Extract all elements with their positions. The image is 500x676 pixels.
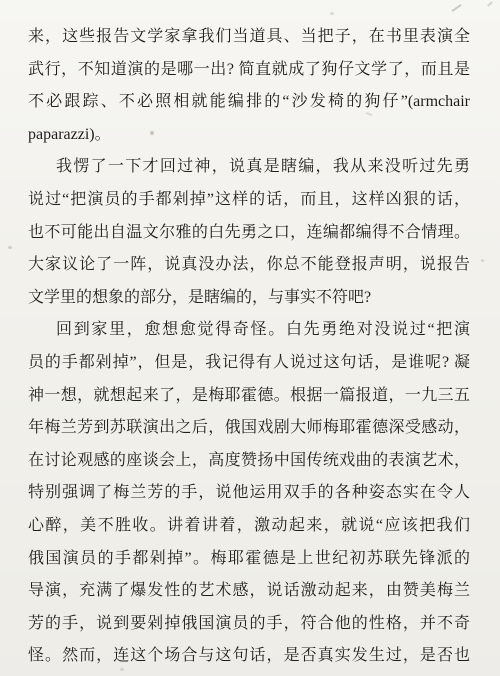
text-line: 武行，不知道演的是哪一出? 简直就成了狗仔文学了，而且是	[28, 54, 470, 87]
text-line: 不必跟踪、不必照相就能编排的“沙发椅的狗仔”(armchair	[28, 86, 470, 119]
text-line: 特别强调了梅兰芳的手，说他运用双手的各种姿态实在令人	[28, 477, 470, 510]
text-line: 员的手都剁掉”，但是，我记得有人说过这句话，是谁呢? 凝	[28, 347, 470, 380]
scan-speck	[481, 259, 484, 262]
text-line: 芳的手，说到要剁掉俄国演员的手，符合他的性格，并不奇	[28, 608, 470, 641]
text-line: 心醉，美不胜收。讲着讲着，激动起来，就说“应该把我们	[28, 510, 470, 543]
text-line: 文学里的想象的部分，是瞎编的，与事实不符吧?	[28, 282, 470, 315]
text-line: 俄国演员的手都剁掉”。梅耶霍德是上世纪初苏联先锋派的	[28, 543, 470, 576]
text-line: 也不可能出自温文尔雅的白先勇之口，连编都编得不合情理。	[28, 217, 470, 250]
text-line: 在讨论观感的座谈会上，高度赞扬中国传统戏曲的表演艺术，	[28, 445, 470, 478]
text-line: 大家议论了一阵，说真没办法，你总不能登报声明，说报告	[28, 249, 470, 282]
text-line: 说过“把演员的手都剁掉”这样的话，而且，这样凶狠的话，	[28, 184, 470, 217]
text-line: paparazzi)。	[28, 119, 470, 152]
scan-speck	[451, 4, 461, 12]
text-line: 怪。然而，连这个场合与这句话，是否真实发生过，是否也	[28, 640, 470, 673]
text-line: 年梅兰芳到苏联演出之后，俄国戏剧大师梅耶霍德深受感动，	[28, 412, 470, 445]
text-line: 神一想，就想起来了，是梅耶霍德。根据一篇报道，一九三五	[28, 380, 470, 413]
text-block: 来，这些报告文学家拿我们当道具、当把子，在书里表演全武行，不知道演的是哪一出? …	[28, 21, 470, 673]
scan-speck	[8, 246, 12, 249]
scanned-book-page: 来，这些报告文学家拿我们当道具、当把子，在书里表演全武行，不知道演的是哪一出? …	[0, 0, 500, 676]
text-line: 来，这些报告文学家拿我们当道具、当把子，在书里表演全	[28, 21, 470, 54]
text-line: 我愣了一下才回过神，说真是瞎编，我从来没听过先勇	[28, 151, 470, 184]
scan-speck	[487, 1, 493, 6]
text-line: 回到家里，愈想愈觉得奇怪。白先勇绝对没说过“把演	[28, 314, 470, 347]
scan-speck	[330, 12, 334, 15]
text-line: 导演，充满了爆发性的艺术感，说话激动起来，由赞美梅兰	[28, 575, 470, 608]
